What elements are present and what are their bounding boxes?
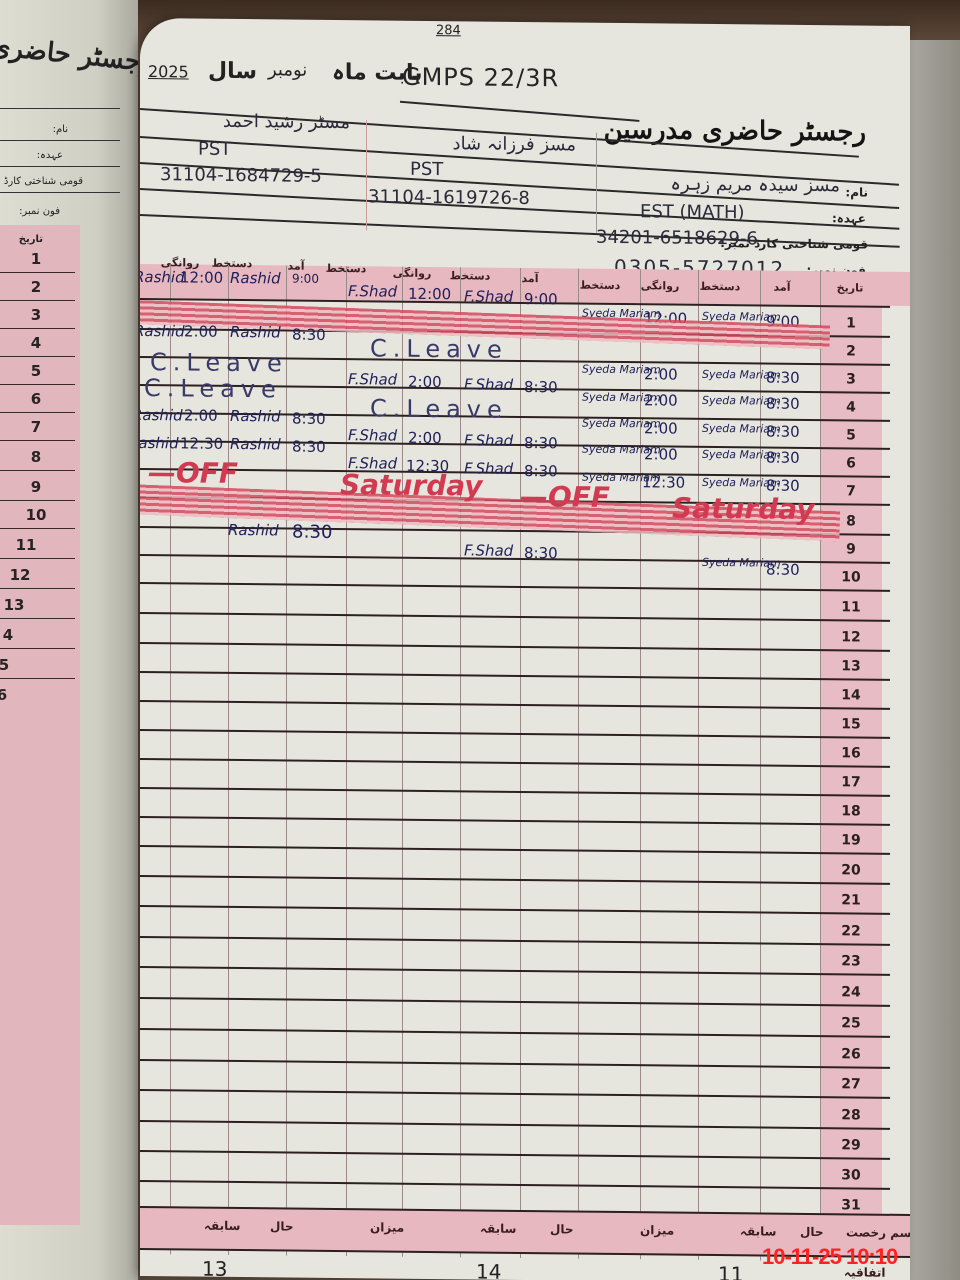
year-value: 2025 (148, 62, 189, 81)
left-date-2: 2 (6, 278, 66, 296)
shad-sign-6: F.Shad (464, 431, 513, 450)
divider (0, 412, 75, 413)
page-number: 284 (436, 23, 461, 38)
rashid-out-1: 12:00 (180, 268, 223, 286)
left-date-13: 13 (0, 596, 44, 614)
rashid-sign-9: Rashid (228, 521, 279, 540)
divider (0, 440, 75, 441)
left-label-cnic: قومی شناختی کارڈ نمبر: (0, 176, 83, 187)
divider (0, 588, 75, 589)
camera-timestamp: 10-11-25 10:10 (762, 1244, 897, 1270)
rashid-sign-1b: Rashid (140, 268, 185, 287)
date-4: 4 (820, 399, 882, 416)
shad-previous-leave: 14 (476, 1259, 501, 1280)
shad-in-4: 8:30 (524, 378, 558, 396)
column-divider (366, 120, 367, 230)
left-date-15: 5 (0, 656, 34, 674)
off-label-1: —OFF (148, 456, 238, 490)
rashid-sign-3: Rashid (230, 323, 281, 342)
divider (0, 558, 75, 559)
rashid-leave-4: C.Leave (150, 348, 288, 377)
left-date-9: 9 (6, 478, 66, 496)
saturday-label-2: Saturday (672, 492, 815, 526)
header-arrival: آمد (500, 272, 560, 286)
rashid-sign-6: Rashid (230, 407, 281, 426)
month-value: نومبر (268, 59, 307, 80)
rashid-out-7: 12:30 (180, 434, 223, 452)
left-date-7: 7 (6, 418, 66, 436)
date-25: 25 (820, 1015, 882, 1032)
footer-previous: سابقہ (740, 1224, 776, 1238)
shad-leave-5: C.Leave (370, 394, 508, 423)
row-line (140, 1180, 890, 1190)
row-line (140, 612, 890, 622)
mariam-sign-3b: Syeda Mariam (582, 363, 661, 377)
date-29: 29 (820, 1137, 882, 1154)
rashid-out-6: 2:00 (184, 406, 218, 424)
school-name: GMPS 22/3R (402, 63, 559, 93)
date-10: 10 (820, 569, 882, 586)
date-27: 27 (820, 1076, 882, 1093)
date-11: 11 (820, 599, 882, 616)
left-date-1: 1 (6, 250, 66, 268)
row-line (140, 845, 890, 855)
row-line (140, 1120, 890, 1130)
date-3: 3 (820, 371, 882, 388)
teacher-3-name: مسٹر رشید احمد (170, 110, 350, 133)
rashid-in-9: 8:30 (292, 522, 332, 543)
row-line (140, 1150, 890, 1160)
date-16: 16 (820, 745, 882, 762)
divider (0, 166, 120, 167)
mariam-sign-3: Syeda Mariam (702, 368, 781, 382)
divider (0, 328, 75, 329)
label-designation: عہدہ: (832, 211, 866, 225)
left-label-phone: فون نمبر: (19, 206, 60, 217)
date-26: 26 (820, 1046, 882, 1063)
teacher-1-cnic: 34201-6518629-6 (596, 227, 758, 250)
column-divider (596, 133, 597, 233)
rashid-sign-1: Rashid (230, 269, 281, 288)
mariam-previous-leave: 11 (718, 1262, 743, 1280)
rashid-sign-3b: Rashid (140, 322, 185, 341)
footer-total: میزان (640, 1223, 674, 1237)
shad-sign-4b: F.Shad (348, 370, 397, 389)
mariam-sign-4: Syeda Mariam (702, 394, 781, 408)
row-line (140, 997, 890, 1007)
left-date-4: 4 (6, 334, 66, 352)
teacher-2-designation: PST (410, 159, 443, 180)
footer-previous: سابقہ (480, 1222, 516, 1236)
left-label-date: تاریخ (19, 234, 43, 245)
mariam-sign-5b: Syeda Mariam (582, 417, 661, 431)
rashid-previous-leave: 13 (202, 1257, 227, 1280)
footer-previous: سابقہ (204, 1219, 240, 1233)
rashid-sign-7b: Rashid (140, 434, 179, 453)
row-line (140, 1059, 890, 1069)
divider (0, 192, 120, 193)
date-13: 13 (820, 658, 882, 675)
header-date: تاریخ (820, 281, 880, 295)
date-7: 7 (820, 483, 882, 500)
date-28: 28 (820, 1107, 882, 1124)
shad-sign-1b: F.Shad (348, 282, 397, 301)
date-6: 6 (820, 455, 882, 472)
date-5: 5 (820, 427, 882, 444)
footer-current: حال (550, 1222, 574, 1236)
left-label-name: نام: (53, 124, 68, 135)
register-page: 284 2025 سال نومبر بابت ماہ GMPS 22/3R ر… (140, 18, 910, 1280)
rashid-out-3: 2:00 (184, 322, 218, 340)
date-24: 24 (820, 984, 882, 1001)
date-21: 21 (820, 892, 882, 909)
off-label-2: —OFF (520, 480, 610, 514)
footer-total: میزان (370, 1220, 404, 1234)
left-date-10: 10 (6, 506, 66, 524)
header-departure: روانگی (630, 279, 690, 293)
mariam-sign-10: Syeda Mariam (702, 556, 781, 570)
shad-sign-10: F.Shad (464, 541, 513, 560)
date-12: 12 (820, 629, 882, 646)
header-signature: دستخط (570, 278, 630, 292)
date-20: 20 (820, 862, 882, 879)
row-line (140, 875, 890, 885)
date-14: 14 (820, 687, 882, 704)
date-30: 30 (820, 1167, 882, 1184)
date-22: 22 (820, 923, 882, 940)
shad-in-10: 8:30 (524, 544, 558, 562)
date-18: 18 (820, 803, 882, 820)
teacher-1-designation: EST (MATH) (640, 201, 745, 223)
header-signature: دستخط (690, 280, 750, 294)
date-19: 19 (820, 832, 882, 849)
left-label-designation: عہدہ: (37, 150, 63, 161)
teacher-1-name: مسز سیدہ مریم زہرہ (610, 173, 840, 196)
shad-in-6: 8:30 (524, 434, 558, 452)
rashid-in-7: 8:30 (292, 438, 326, 456)
left-date-14: 4 (0, 626, 38, 644)
divider (0, 300, 75, 301)
left-date-11: 11 (0, 536, 56, 554)
rashid-sign-7: Rashid (230, 435, 281, 454)
header-departure: روانگی (382, 267, 442, 281)
rashid-sign-6b: Rashid (140, 406, 183, 425)
footer-current: حال (800, 1225, 824, 1239)
date-15: 15 (820, 716, 882, 733)
teacher-3-cnic: 31104-1684729-5 (160, 164, 322, 187)
shad-out-4: 2:00 (408, 373, 442, 391)
row-line (140, 1028, 890, 1038)
teacher-3-designation: PST (198, 139, 231, 160)
mariam-sign-6: Syeda Mariam (702, 448, 781, 462)
shad-sign-1: F.Shad (464, 287, 513, 306)
rashid-in-6: 8:30 (292, 410, 326, 428)
left-date-16: 6 (0, 686, 32, 704)
divider (0, 140, 120, 141)
shad-in-7: 8:30 (524, 462, 558, 480)
divider (0, 470, 75, 471)
shad-sign-6b: F.Shad (348, 426, 397, 445)
row-line (140, 787, 890, 797)
row-line (140, 936, 890, 946)
left-date-6: 6 (6, 390, 66, 408)
shad-out-1: 12:00 (408, 285, 451, 303)
divider (0, 272, 75, 273)
teacher-2-name: مسز فرزانہ شاد (386, 133, 576, 156)
row-line (140, 729, 890, 739)
divider (0, 500, 75, 501)
footer-leave-type: قسم رخصت (846, 1225, 910, 1240)
row-line (140, 700, 890, 710)
header-arrival: آمد (752, 280, 812, 294)
left-page-title: رجسٹر حاضری (0, 32, 138, 79)
left-date-3: 3 (6, 306, 66, 324)
rashid-in-1: 9:00 (292, 272, 319, 286)
row-line (140, 1089, 890, 1099)
left-date-8: 8 (6, 448, 66, 466)
date-17: 17 (820, 774, 882, 791)
date-23: 23 (820, 953, 882, 970)
divider (0, 108, 120, 109)
mariam-sign-6b: Syeda Mariam (582, 443, 661, 457)
teacher-2-cnic: 31104-1619726-8 (368, 186, 530, 209)
row-line (140, 758, 890, 768)
shad-sign-4: F.Shad (464, 375, 513, 394)
label-name: نام: (845, 185, 868, 199)
row-line (140, 816, 890, 826)
shad-in-1: 9:00 (524, 290, 558, 308)
date-9: 9 (820, 541, 882, 558)
shad-out-6: 2:00 (408, 429, 442, 447)
row-line (140, 671, 890, 681)
divider (0, 678, 75, 679)
row-line (140, 966, 890, 976)
divider (0, 384, 75, 385)
left-date-12: 12 (0, 566, 50, 584)
rashid-in-3: 8:30 (292, 326, 326, 344)
left-page: رجسٹر حاضری نام: عہدہ: قومی شناختی کارڈ … (0, 0, 138, 1280)
divider (0, 528, 75, 529)
mariam-sign-7: Syeda Mariam (702, 476, 781, 490)
row-line (140, 905, 890, 915)
divider (0, 648, 75, 649)
date-31: 31 (820, 1197, 882, 1214)
mariam-sign-4b: Syeda Mariam (582, 391, 661, 405)
year-label: سال (208, 59, 257, 85)
divider (0, 356, 75, 357)
header-signature: دستخط (440, 269, 500, 283)
footer-current: حال (270, 1219, 294, 1233)
row-line (140, 642, 890, 652)
mariam-sign-5: Syeda Mariam (702, 422, 781, 436)
divider (0, 618, 75, 619)
shad-leave-3: C.Leave (370, 334, 508, 363)
row-line (140, 582, 890, 592)
saturday-label-1: Saturday (340, 468, 483, 502)
left-date-5: 5 (6, 362, 66, 380)
rashid-leave-5: C.Leave (144, 374, 282, 403)
